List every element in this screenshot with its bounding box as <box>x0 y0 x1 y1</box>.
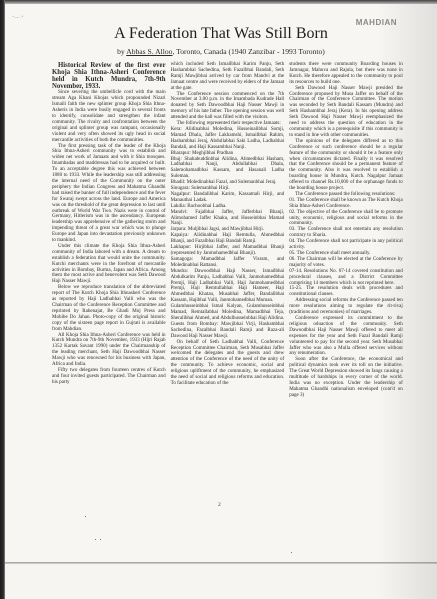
paragraph: On behalf of Seth Ladhabhai Valli, Confe… <box>171 340 285 387</box>
article-columns: Historical Review of the first ever Khoj… <box>52 62 403 399</box>
byline-details: , Toronto, Canada (1940 Zanzibar - 1993 … <box>172 47 324 56</box>
page-number: 2 <box>218 502 221 508</box>
byline: by Abbas S. Alloo, Toronto, Canada (1940… <box>5 47 437 56</box>
paragraph: The Conference session commenced on the … <box>171 92 285 122</box>
scan-speck <box>100 539 101 540</box>
document-page: ~---.. * MAHDIAN A Federation That Was S… <box>5 4 437 562</box>
column-2: which included Seth Ismailbhai Karim Pan… <box>171 62 285 399</box>
scan-speck <box>291 552 292 553</box>
paragraph: Seth Dawood Haji Nasser Mawji presided t… <box>289 86 403 139</box>
delegate-entry: Bhuj: Shahabuddinbhai Alidina, Ahmedbhai… <box>171 157 285 181</box>
resolution-item: 02. The objective of the Conference shal… <box>289 210 403 228</box>
delegate-entry: Gulamhusseinbhai Ismal Kalyan, Gulamhuss… <box>171 304 285 339</box>
byline-prefix: by <box>117 47 126 56</box>
paragraph: Under this climate the Khoja Shia Ithna-… <box>52 244 166 285</box>
resolution-item: 07-14. Resolutions No. 07-14 covered con… <box>289 269 403 287</box>
delegate-entry: Nagalpur: Bandalibhai Karim, Kassamali H… <box>171 192 285 204</box>
corner-mark: ~---.. * <box>12 14 23 19</box>
resolution-item: 01. The Conference shall be known as The… <box>289 198 403 210</box>
column-3: students there were community Boarding h… <box>289 62 403 399</box>
scan-speck <box>85 516 86 517</box>
intro-heading: Historical Review of the first ever Khoj… <box>52 62 166 90</box>
author-name: Abbas S. Alloo <box>126 47 172 56</box>
scan-speck <box>95 539 96 540</box>
paragraph: All Khoja Shia Ithna-Asheri Conference w… <box>52 333 166 368</box>
paragraph: Soon after the Conference, the economica… <box>289 357 403 398</box>
article-title: A Federation That Was Still Born <box>5 25 437 43</box>
delegate-entry: Mundra: Dawoodbhai Haji Nasser, Ismailbh… <box>171 269 285 304</box>
paragraph: Since severing the umbellicle cord with … <box>52 90 166 143</box>
delegate-entry: Kera: Alidinabhai Moledina, Husseinalibh… <box>171 127 285 151</box>
delegate-entry: Mandvi: Fajalbhai Jaffer, Jafferbhai Bha… <box>171 210 285 228</box>
paragraph: The first pressing task of the leader of… <box>52 144 166 244</box>
column-1: Historical Review of the first ever Khoj… <box>52 62 166 399</box>
paragraph: students there were community Boarding h… <box>289 62 403 86</box>
resolution-item: 06. The Chairman will be elected at the … <box>289 257 403 269</box>
paragraph: Fifty two delegates from fourteen centre… <box>52 368 166 386</box>
delegate-entry: Samagoga: Mamadbhai Jaffer Visram, and M… <box>171 257 285 269</box>
paragraph: which included Seth Ismailbhai Karim Pan… <box>171 62 285 92</box>
paragraph: Below we reproduce translation of the ab… <box>52 285 166 332</box>
paragraph: The opinions of the delegates differed a… <box>289 139 403 192</box>
scan-margin-bottom <box>5 564 437 599</box>
paragraph: Addressing social reforms the Conference… <box>289 298 403 316</box>
paragraph: Conference expressed its commitment to t… <box>289 316 403 357</box>
